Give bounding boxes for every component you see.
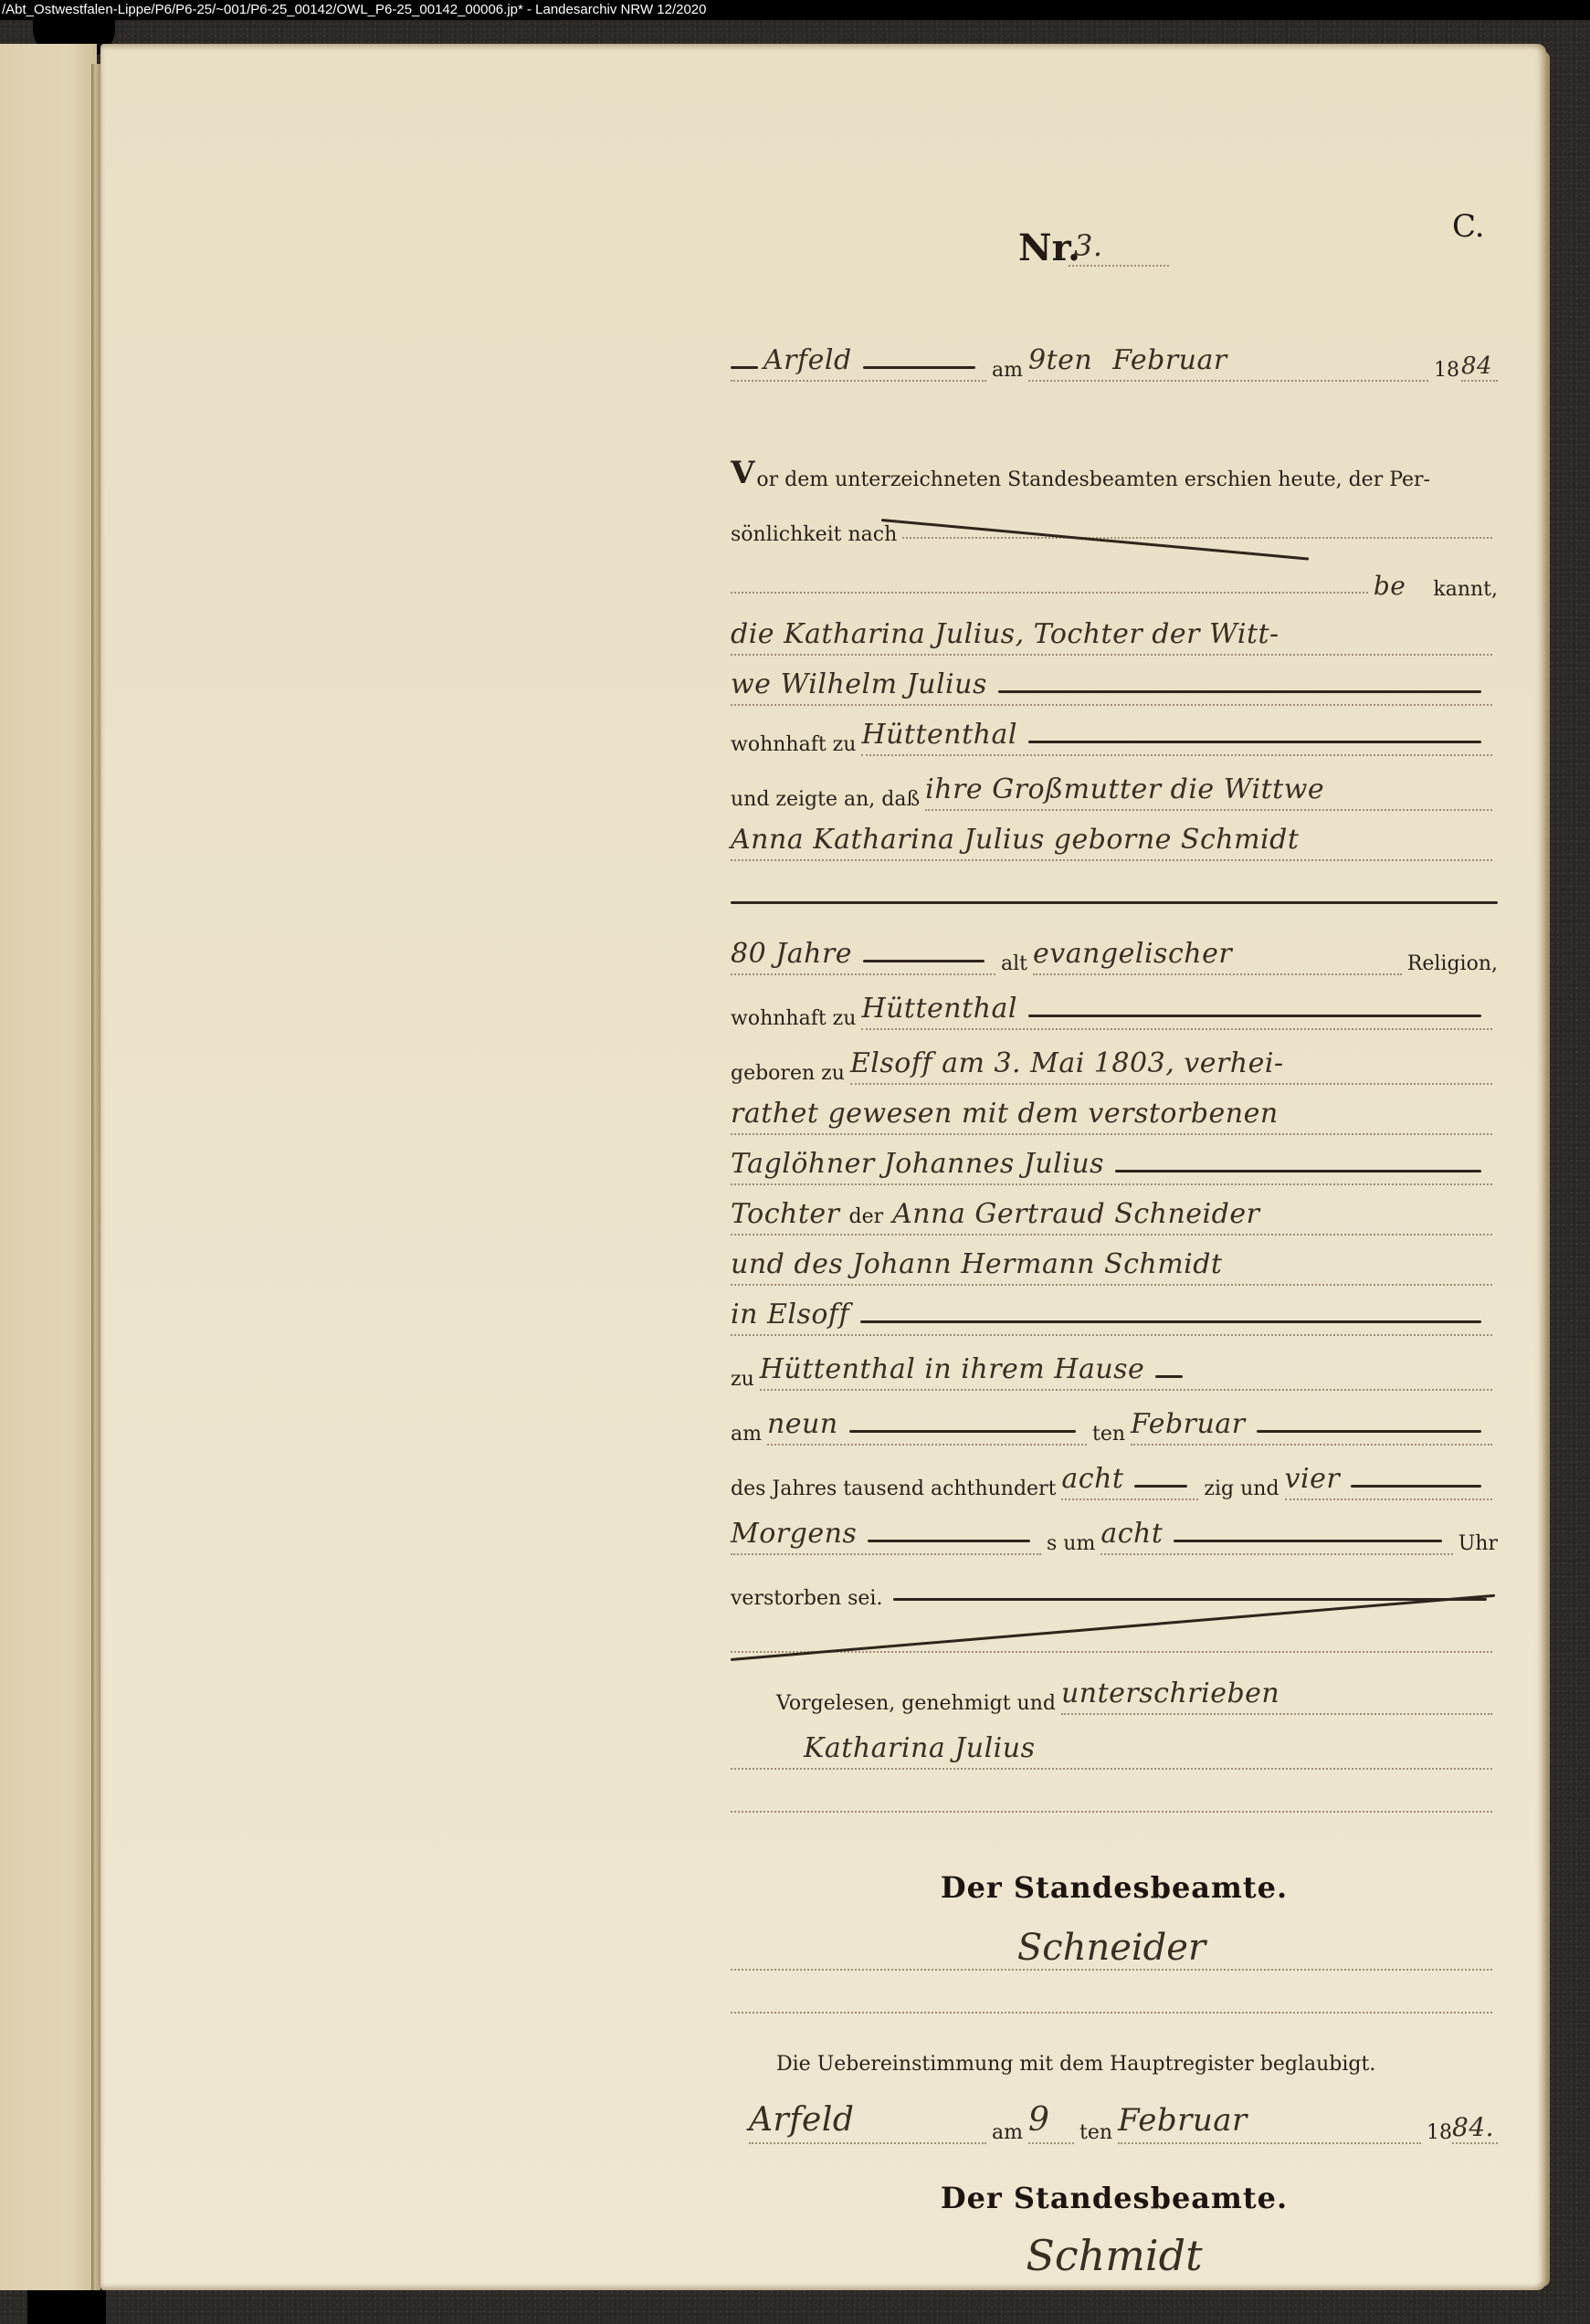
blank-field <box>731 592 1368 594</box>
filler-stroke <box>1134 1485 1187 1488</box>
known-prefix: be <box>1374 571 1406 601</box>
residence-value: Hüttenthal <box>861 993 1017 1028</box>
residence-value: Hüttenthal <box>861 719 1017 754</box>
cert-month-field: Februar <box>1118 2091 1421 2144</box>
filler-stroke <box>1028 1015 1481 1017</box>
death-time-line: Morgens s um acht Uhr <box>731 1509 1498 1555</box>
unit-field: vier <box>1285 1458 1492 1500</box>
intro-text-1: or dem unterzeichneten Standesbeamten er… <box>756 468 1430 491</box>
approval-signature: Katharina Julius <box>804 1732 1036 1768</box>
filler-stroke <box>863 960 985 962</box>
born-field: in Elsoff <box>731 1294 1492 1336</box>
born-field: Taglöhner Johannes Julius <box>731 1143 1492 1185</box>
filler-stroke <box>998 690 1481 693</box>
born-value-4b: Anna Gertraud Schneider <box>892 1198 1259 1234</box>
approval-label: Vorgelesen, genehmigt und <box>776 1692 1056 1715</box>
born-value-6: in Elsoff <box>731 1299 849 1334</box>
daytime-field: Morgens <box>731 1513 1041 1555</box>
declarant-line-1: die Katharina Julius, Tochter der Witt- <box>731 610 1498 656</box>
age-field: 80 Jahre <box>731 933 995 975</box>
binding-shadow-bottom <box>27 2290 106 2324</box>
born-value-3: Taglöhner Johannes Julius <box>731 1148 1104 1183</box>
register-page: C. Nr. 3. Arfeld am 9ten Februar 18 84 V… <box>100 44 1546 2290</box>
place-field: Arfeld <box>731 340 986 382</box>
death-place-line: zu Hüttenthal in ihrem Hause <box>731 1345 1498 1391</box>
approval-line: Vorgelesen, genehmigt und unterschrieben <box>731 1669 1498 1715</box>
cert-place-value: Arfeld <box>749 2101 854 2142</box>
registrar-signature-field: Schneider <box>731 1918 1492 1971</box>
blank-field <box>902 537 1492 539</box>
day-value: 9ten <box>1028 344 1092 380</box>
death-month-value: Februar <box>1131 1408 1246 1444</box>
registrar-heading-wrap: Der Standesbeamte. <box>731 1870 1498 1905</box>
am-label: am <box>992 359 1023 382</box>
window-title-bar: /Abt_Ostwestfalen-Lippe/P6/P6-25/~001/P6… <box>0 0 1590 20</box>
s-um-label: s um <box>1047 1532 1095 1555</box>
death-place-value: Hüttenthal in ihrem Hause <box>760 1353 1145 1389</box>
intro-line-3: be kannt, <box>731 555 1498 601</box>
record-number-field: 3. <box>1069 230 1169 267</box>
zu-label: zu <box>731 1368 754 1391</box>
uhr-label: Uhr <box>1458 1532 1498 1555</box>
intro-text-2: sönlichkeit nach <box>731 523 897 546</box>
declarant-field: we Wilhelm Julius <box>731 664 1492 706</box>
ten-label: ten <box>1079 2121 1112 2144</box>
ten-label: ten <box>1092 1423 1125 1446</box>
place-value: Arfeld <box>763 344 852 380</box>
filler-stroke <box>731 366 758 369</box>
book-gutter <box>91 64 100 2292</box>
cert-signature: Schmidt <box>1026 2231 1202 2280</box>
place-date-line: Arfeld am 9ten Februar 18 84 <box>731 336 1498 382</box>
death-day-field: neun <box>767 1404 1087 1446</box>
declarant-value-1: die Katharina Julius, Tochter der Witt- <box>731 618 1279 654</box>
born-field: Elsoff am 3. Mai 1803, verhei- <box>850 1043 1492 1085</box>
certification-date-line: Arfeld am 9 ten Februar 18 84. <box>731 2089 1498 2144</box>
residence-label: wohnhaft zu <box>731 733 856 756</box>
year-prefix: 18 <box>1434 359 1459 382</box>
blank-line <box>731 1975 1498 2021</box>
known-label: kannt, <box>1433 578 1498 601</box>
filler-stroke <box>1351 1485 1481 1488</box>
hour-field: acht <box>1100 1513 1452 1555</box>
filler-stroke <box>868 1540 1030 1542</box>
born-value-1: Elsoff am 3. Mai 1803, verhei- <box>850 1047 1284 1083</box>
born-line-1: geboren zu Elsoff am 3. Mai 1803, verhei… <box>731 1039 1498 1085</box>
decade-field: acht <box>1061 1458 1198 1500</box>
filler-stroke <box>1174 1540 1441 1542</box>
religion-field: evangelischer <box>1033 933 1402 975</box>
residence-field: Hüttenthal <box>861 714 1492 756</box>
residence-field: Hüttenthal <box>861 988 1492 1030</box>
blank-field <box>731 1811 1492 1813</box>
residence-label: wohnhaft zu <box>731 1007 856 1030</box>
death-date-line: am neun ten Februar <box>731 1400 1498 1446</box>
cert-year-suffix: 84. <box>1452 2112 1498 2144</box>
certification-text: Die Uebereinstimmung mit dem Hauptregist… <box>776 2053 1375 2076</box>
blank-line <box>731 1614 1498 1660</box>
report-line-3 <box>731 866 1498 911</box>
filler-stroke <box>849 1430 1076 1433</box>
filler-stroke <box>731 901 1498 904</box>
declarant-field: die Katharina Julius, Tochter der Witt- <box>731 614 1492 656</box>
death-place-field: Hüttenthal in ihrem Hause <box>760 1349 1492 1391</box>
cert-month-value: Februar <box>1118 2102 1248 2142</box>
date-field: 9ten Februar <box>1028 340 1428 382</box>
born-line-2: rathet gewesen mit dem verstorbenen <box>731 1089 1498 1135</box>
cert-heading-wrap: Der Standesbeamte. <box>731 2181 1498 2215</box>
filler-stroke <box>1028 741 1481 743</box>
cert-day-value: 9 <box>1028 2101 1049 2142</box>
approval-signature-line: Katharina Julius <box>731 1724 1498 1770</box>
year-label: des Jahres tausend achthundert <box>731 1477 1056 1500</box>
month-value: Februar <box>1112 344 1227 380</box>
cert-day-field: 9 <box>1028 2091 1074 2144</box>
born-value-2: rathet gewesen mit dem verstorbenen <box>731 1098 1279 1133</box>
deceased-residence-line: wohnhaft zu Hüttenthal <box>731 984 1498 1030</box>
intro-line-1: V or dem unterzeichneten Standesbeamten … <box>731 446 1498 491</box>
blank-line <box>731 1774 1498 1820</box>
declarant-line-2: we Wilhelm Julius <box>731 660 1498 706</box>
death-year-line: des Jahres tausend achthundert acht zig … <box>731 1455 1498 1500</box>
religion-value: evangelischer <box>1033 938 1232 973</box>
born-label: geboren zu <box>731 1062 845 1085</box>
report-label: und zeigte an, daß <box>731 788 920 811</box>
der-label: der <box>849 1205 884 1228</box>
filler-stroke <box>1155 1375 1183 1378</box>
report-field: Anna Katharina Julius geborne Schmidt <box>731 819 1492 861</box>
report-field: ihre Großmutter die Wittwe <box>925 769 1492 811</box>
born-line-4: Tochter der Anna Gertraud Schneider <box>731 1190 1498 1236</box>
left-page-edge <box>0 44 97 2290</box>
approval-field: unterschrieben <box>1061 1673 1492 1715</box>
declarant-value-2: we Wilhelm Julius <box>731 668 987 704</box>
registrar-signature: Schneider <box>1017 1927 1206 1969</box>
record-number-value: 3. <box>1074 228 1103 263</box>
declarant-residence-line: wohnhaft zu Hüttenthal <box>731 710 1498 756</box>
am-label: am <box>731 1423 762 1446</box>
unit-value: vier <box>1285 1463 1341 1499</box>
report-value-1: ihre Großmutter die Wittwe <box>925 773 1324 809</box>
born-field: rathet gewesen mit dem verstorbenen <box>731 1093 1492 1135</box>
born-value-4a: Tochter <box>731 1198 840 1234</box>
certification-text-wrap: Die Uebereinstimmung mit dem Hauptregist… <box>776 2053 1375 2076</box>
born-field: und des Johann Hermann Schmidt <box>731 1244 1492 1286</box>
am-label: am <box>992 2121 1023 2144</box>
report-line-1: und zeigte an, daß ihre Großmutter die W… <box>731 765 1498 811</box>
death-month-field: Februar <box>1131 1404 1492 1446</box>
form-letter: C. <box>1452 208 1485 245</box>
approval-value: unterschrieben <box>1061 1677 1279 1713</box>
filler-stroke <box>860 1320 1481 1323</box>
born-value-5: und des Johann Hermann Schmidt <box>731 1248 1223 1284</box>
filler-stroke <box>1257 1430 1481 1433</box>
religion-label: Religion, <box>1407 952 1498 975</box>
born-line-5: und des Johann Hermann Schmidt <box>731 1240 1498 1286</box>
born-line-3: Taglöhner Johannes Julius <box>731 1140 1498 1185</box>
filler-stroke <box>863 366 975 369</box>
report-line-2: Anna Katharina Julius geborne Schmidt <box>731 815 1498 861</box>
filler-stroke <box>1115 1170 1481 1173</box>
registrar-signature-line: Schneider <box>731 1916 1498 1971</box>
daytime-value: Morgens <box>731 1518 857 1553</box>
cert-place-field: Arfeld <box>749 2091 986 2144</box>
born-line-6: in Elsoff <box>731 1290 1498 1336</box>
zig-label: zig und <box>1204 1477 1279 1500</box>
age-value: 80 Jahre <box>731 938 852 973</box>
verstorben-label: verstorben sei. <box>731 1587 882 1610</box>
cert-heading: Der Standesbeamte. <box>941 2181 1288 2215</box>
report-value-2: Anna Katharina Julius geborne Schmidt <box>731 824 1299 859</box>
registrar-heading: Der Standesbeamte. <box>941 1870 1288 1905</box>
year-suffix: 84 <box>1461 352 1498 382</box>
cert-year-prefix: 18 <box>1427 2121 1452 2144</box>
cert-signature-wrap: Schmidt <box>731 2231 1498 2280</box>
hour-value: acht <box>1100 1518 1163 1553</box>
filler-stroke <box>893 1598 1487 1601</box>
born-field: Tochter der Anna Gertraud Schneider <box>731 1194 1492 1236</box>
intro-initial: V <box>731 455 754 491</box>
age-religion-line: 80 Jahre alt evangelischer Religion, <box>731 930 1498 975</box>
approval-signature-field: Katharina Julius <box>731 1728 1492 1770</box>
death-day-value: neun <box>767 1408 838 1444</box>
blank-field <box>731 2012 1492 2014</box>
decade-value: acht <box>1061 1463 1123 1499</box>
alt-label: alt <box>1001 952 1027 975</box>
